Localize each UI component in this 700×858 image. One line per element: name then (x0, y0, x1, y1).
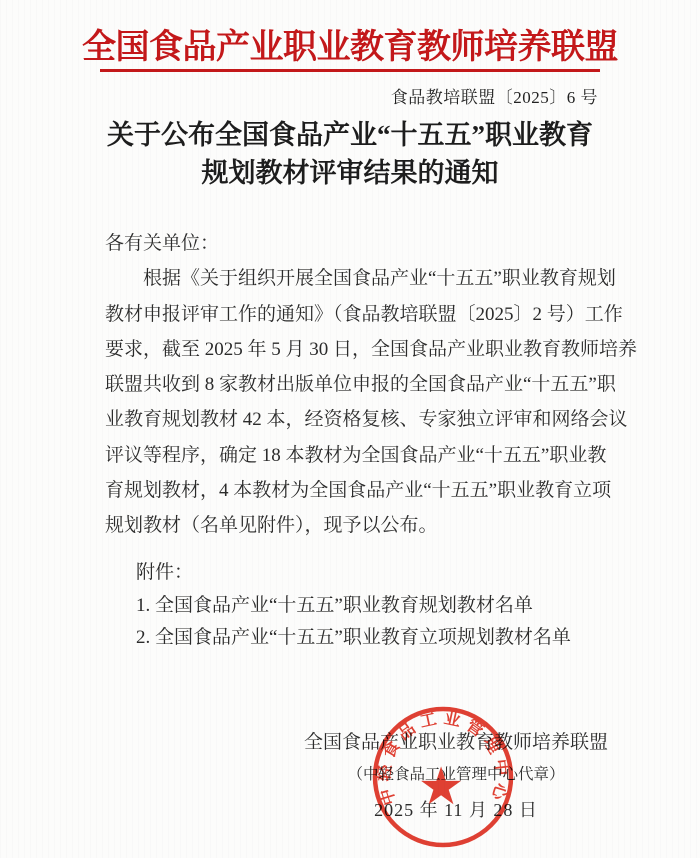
signature-block: 全国食品产业职业教育教师培养联盟 （中轻食品工业管理中心代章） 2025 年 1… (299, 727, 613, 822)
body-line: 规划教材（名单见附件），现予以公布。 (105, 508, 599, 543)
notice-body: 各有关单位： 根据《关于组织开展全国食品产业“十五五”职业教育规划 教材申报评审… (105, 226, 599, 544)
body-line: 根据《关于组织开展全国食品产业“十五五”职业教育规划 (105, 261, 599, 296)
doc-number: 食品教培联盟〔2025〕6 号 (391, 83, 598, 108)
body-line: 联盟共收到 8 家教材出版单位申报的全国食品产业“十五五”职 (105, 367, 599, 402)
letterhead-divider (100, 69, 600, 72)
notice-title-line-1: 关于公布全国食品产业“十五五”职业教育 (0, 116, 700, 154)
attachments-section: 附件： 1. 全国食品产业“十五五”职业教育规划教材名单 2. 全国食品产业“十… (136, 557, 571, 655)
body-line: 要求，截至 2025 年 5 月 30 日，全国食品产业职业教育教师培养 (105, 332, 599, 367)
letterhead-org-title: 全国食品产业职业教育教师培养联盟 (40, 19, 660, 68)
signature-org: 全国食品产业职业教育教师培养联盟 (299, 727, 613, 754)
body-line: 评议等程序，确定 18 本教材为全国食品产业“十五五”职业教 (105, 438, 599, 473)
attachment-item-1: 1. 全国食品产业“十五五”职业教育规划教材名单 (136, 590, 571, 623)
signature-agent-note: （中轻食品工业管理中心代章） (299, 762, 613, 784)
attachments-label: 附件： (136, 557, 571, 590)
signature-date: 2025 年 11 月 28 日 (299, 796, 613, 822)
body-line: 业教育规划教材 42 本，经资格复核、专家独立评审和网络会议 (105, 402, 599, 437)
notice-title: 关于公布全国食品产业“十五五”职业教育 规划教材评审结果的通知 (0, 116, 700, 192)
body-line: 育规划教材，4 本教材为全国食品产业“十五五”职业教育立项 (105, 473, 599, 508)
salutation: 各有关单位： (105, 226, 599, 261)
attachment-item-2: 2. 全国食品产业“十五五”职业教育立项规划教材名单 (136, 622, 571, 655)
notice-title-line-2: 规划教材评审结果的通知 (0, 154, 700, 192)
notice-document-page: 全国食品产业职业教育教师培养联盟 食品教培联盟〔2025〕6 号 关于公布全国食… (0, 0, 700, 858)
body-line: 教材申报评审工作的通知》（食品教培联盟〔2025〕2 号）工作 (105, 297, 599, 332)
